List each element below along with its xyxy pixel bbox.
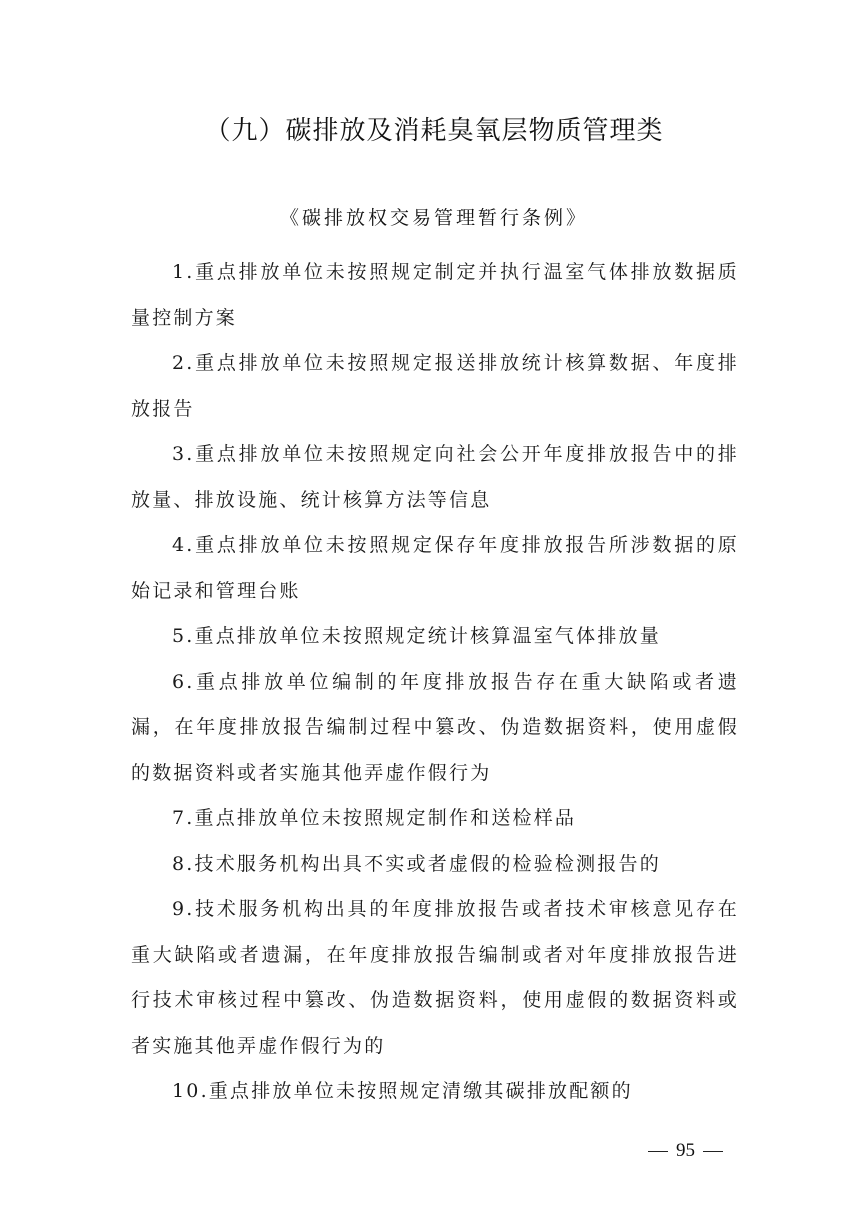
page-number: 95 xyxy=(640,1140,731,1162)
list-item: 9.技术服务机构出具的年度排放报告或者技术审核意见存在重大缺陷或者遗漏，在年度排… xyxy=(131,887,739,1069)
section-title: （九）碳排放及消耗臭氧层物质管理类 xyxy=(0,110,868,147)
regulation-title: 《碳排放权交易管理暂行条例》 xyxy=(0,203,868,230)
page-number-value: 95 xyxy=(676,1140,695,1161)
list-item: 8.技术服务机构出具不实或者虚假的检验检测报告的 xyxy=(131,842,739,888)
document-page: （九）碳排放及消耗臭氧层物质管理类 《碳排放权交易管理暂行条例》 1.重点排放单… xyxy=(0,0,868,1227)
list-item: 6.重点排放单位编制的年度排放报告存在重大缺陷或者遗漏，在年度排放报告编制过程中… xyxy=(131,660,739,797)
list-item: 10.重点排放单位未按照规定清缴其碳排放配额的 xyxy=(131,1069,739,1115)
dash-right xyxy=(703,1151,723,1152)
dash-left xyxy=(648,1151,668,1152)
list-item: 4.重点排放单位未按照规定保存年度排放报告所涉数据的原始记录和管理台账 xyxy=(131,523,739,614)
list-item: 1.重点排放单位未按照规定制定并执行温室气体排放数据质量控制方案 xyxy=(131,250,739,341)
list-item: 3.重点排放单位未按照规定向社会公开年度排放报告中的排放量、排放设施、统计核算方… xyxy=(131,432,739,523)
list-item: 7.重点排放单位未按照规定制作和送检样品 xyxy=(131,796,739,842)
list-item: 2.重点排放单位未按照规定报送排放统计核算数据、年度排放报告 xyxy=(131,341,739,432)
list-item: 5.重点排放单位未按照规定统计核算温室气体排放量 xyxy=(131,614,739,660)
item-list: 1.重点排放单位未按照规定制定并执行温室气体排放数据质量控制方案 2.重点排放单… xyxy=(131,250,739,1115)
